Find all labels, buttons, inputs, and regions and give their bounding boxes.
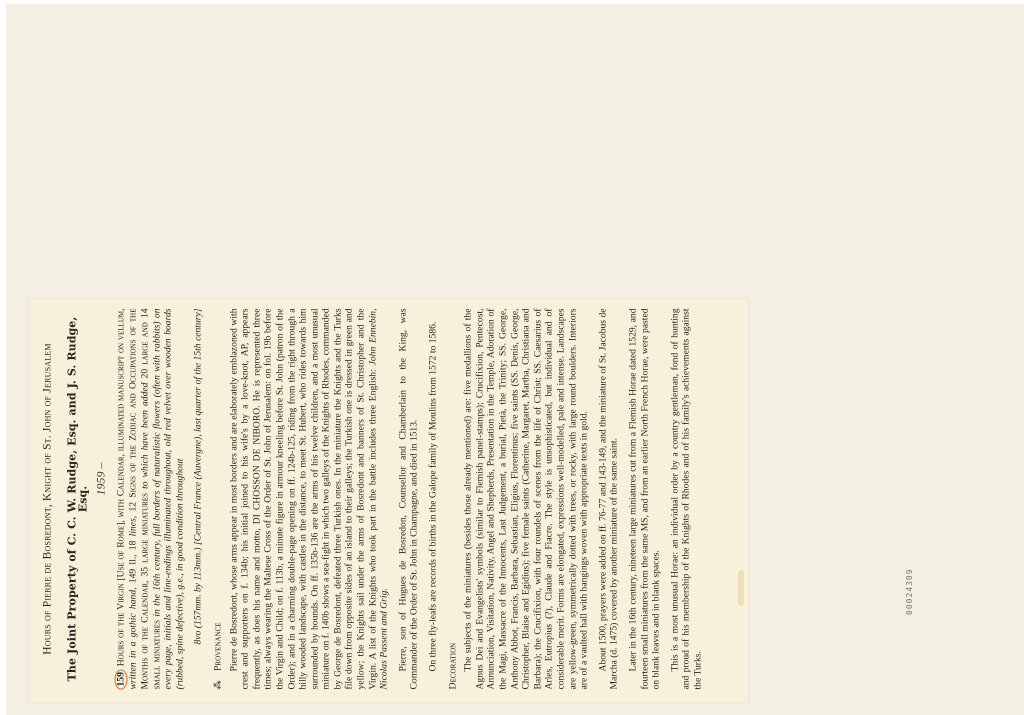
provenance-paragraph-3: On three fly-leafs are records of births…	[428, 309, 440, 690]
decoration-heading: Decoration	[447, 309, 459, 690]
decoration-paragraph-1: The subjects of the miniatures (besides …	[463, 309, 591, 690]
provenance-heading: ⁂ Provenance	[212, 309, 224, 690]
accession-stamp: 00024309	[905, 568, 914, 615]
provenance-paragraph-1: Pierre de Bosredont, whose arms appear i…	[228, 309, 390, 690]
handwritten-year: 1959 –	[95, 309, 107, 690]
entry-title: Hours of Pierre de Bosredont, Knight of …	[43, 309, 55, 690]
decoration-paragraph-2: About 1500, prayers were added on ff. 76…	[597, 309, 620, 690]
owners-line: The Joint Property of C. C. W. Rudge, Es…	[66, 309, 89, 690]
decoration-paragraph-4: This is a most unusual Horae: an individ…	[669, 309, 704, 690]
item-description: 159 Hours of the Virgin [Use of Rome], w…	[115, 309, 186, 690]
lot-number-circled: 159	[115, 669, 128, 689]
asterism-icon: ⁂	[212, 682, 224, 690]
provenance-paragraph-2: Pierre, son of Hugues de Bosredon, Couns…	[397, 309, 420, 690]
glue-stain	[738, 570, 744, 606]
size-and-origin: 8vo (157mm. by 113mm.) [Central France (…	[193, 309, 205, 690]
decoration-paragraph-3: Later in the 16th century, nineteen larg…	[627, 309, 662, 690]
catalogue-clipping: Hours of Pierre de Bosredont, Knight of …	[29, 299, 749, 704]
